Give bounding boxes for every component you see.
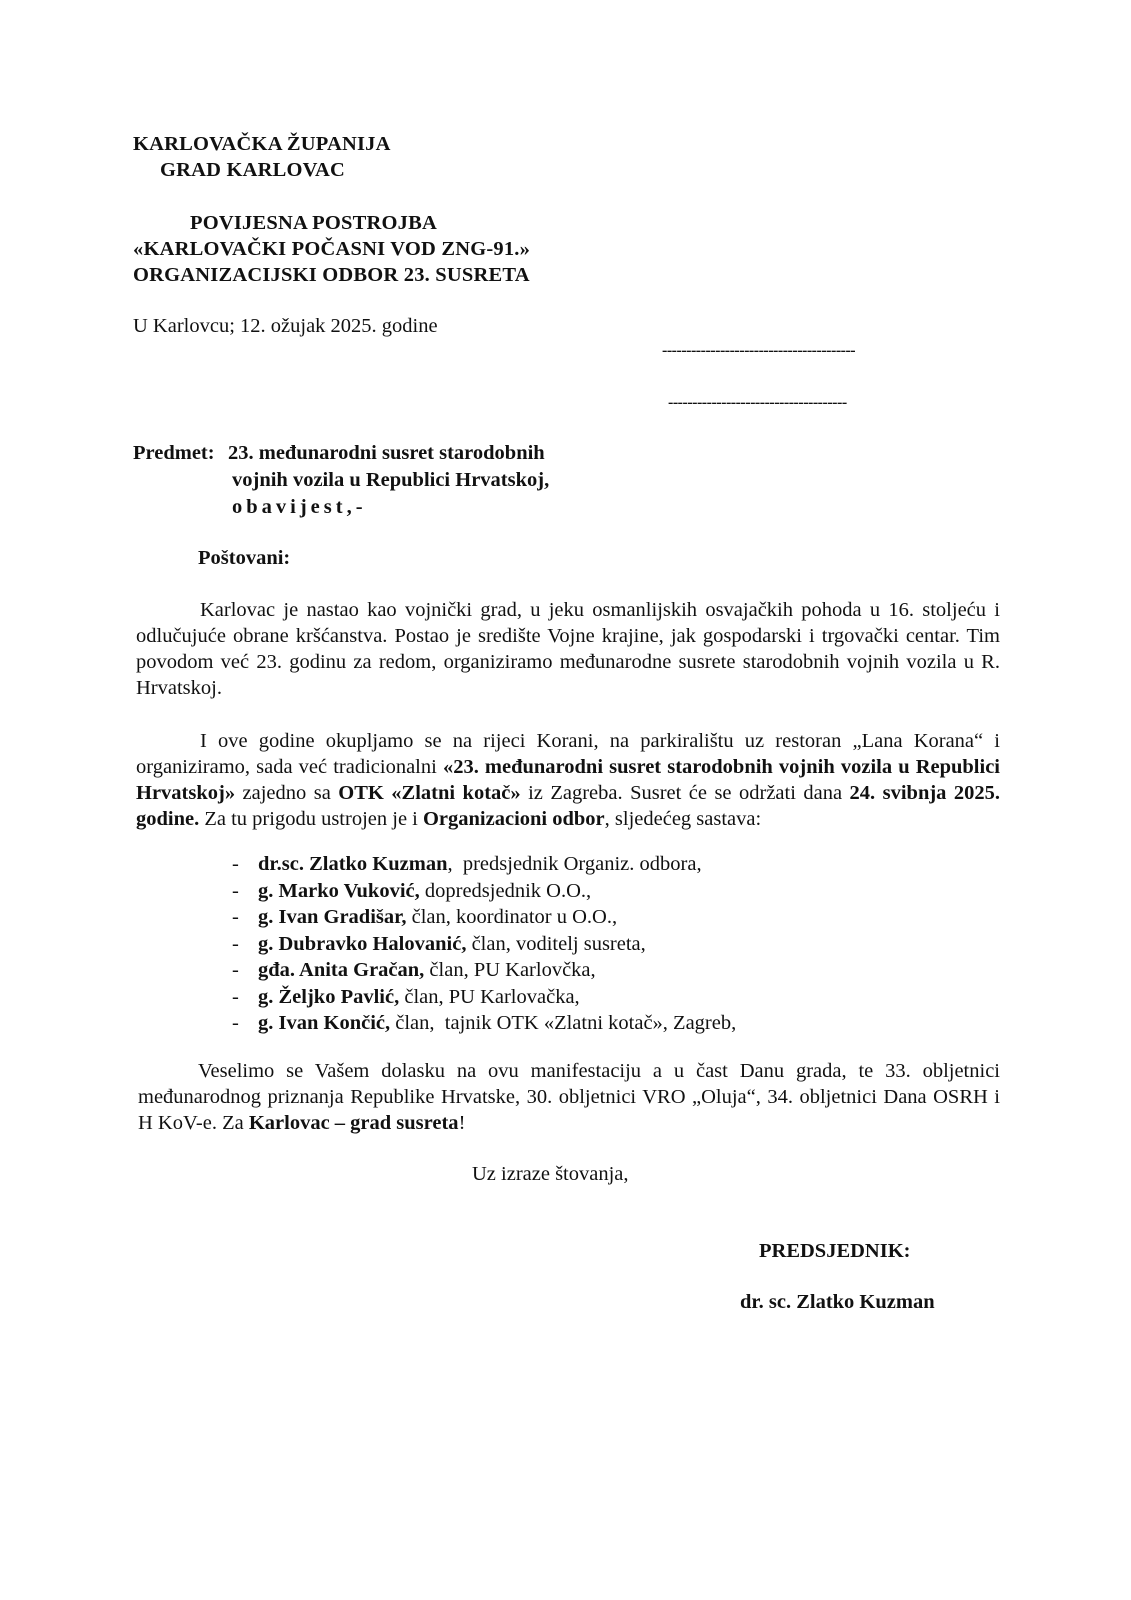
p2-text-2: zajedno sa	[235, 782, 338, 804]
city-heading: GRAD KARLOVAC	[160, 159, 345, 182]
committee-member: -g. Dubravko Halovanić, član, voditelj s…	[232, 931, 736, 958]
member-role: dopredsjednik O.O.,	[420, 878, 591, 905]
subject-line1: 23. međunarodni susret starodobnih	[228, 442, 545, 465]
p2-text-5: , sljedećeg sastava:	[605, 808, 762, 830]
p2-text-4: Za tu prigodu ustrojen je i	[199, 808, 423, 830]
member-role: član, PU Karlovačka,	[399, 984, 579, 1011]
committee-member: -g. Marko Vuković, dopredsjednik O.O.,	[232, 878, 736, 905]
paragraph-invitation: Veselimo se Vašem dolasku na ovu manifes…	[138, 1058, 1000, 1136]
recipient-line-2: -------------------------------------	[668, 394, 847, 412]
member-role: član, tajnik OTK «Zlatni kotač», Zagreb,	[390, 1010, 736, 1037]
paragraph-event: I ove godine okupljamo se na rijeci Kora…	[136, 728, 1000, 832]
unit-heading-line1: POVIJESNA POSTROJBA	[190, 212, 437, 235]
committee-label: Organizacioni odbor	[423, 808, 605, 830]
member-name: g. Ivan Gradišar,	[258, 904, 406, 931]
recipient-line-1: ----------------------------------------	[662, 342, 855, 360]
list-bullet: -	[232, 1010, 258, 1037]
slogan: Karlovac – grad susreta	[249, 1112, 459, 1134]
member-name: g. Ivan Končić,	[258, 1010, 390, 1037]
subject-line3: obavijest,-	[232, 496, 367, 519]
list-bullet: -	[232, 984, 258, 1011]
member-name: dr.sc. Zlatko Kuzman	[258, 851, 447, 878]
member-role: član, koordinator u O.O.,	[406, 904, 617, 931]
committee-member: -g. Ivan Končić, član, tajnik OTK «Zlatn…	[232, 1010, 736, 1037]
list-bullet: -	[232, 931, 258, 958]
salutation: Poštovani:	[198, 547, 290, 570]
p2-text-3: iz Zagreba. Susret će se održati dana	[521, 782, 850, 804]
list-bullet: -	[232, 851, 258, 878]
paragraph-history: Karlovac je nastao kao vojnički grad, u …	[136, 597, 1000, 701]
committee-member: -gđa. Anita Gračan, član, PU Karlovčka,	[232, 957, 736, 984]
subject-line2: vojnih vozila u Republici Hrvatskoj,	[232, 469, 549, 492]
member-role: član, PU Karlovčka,	[424, 957, 595, 984]
county-heading: KARLOVAČKA ŽUPANIJA	[133, 133, 391, 156]
committee-member: -g. Ivan Gradišar, član, koordinator u O…	[232, 904, 736, 931]
member-name: gđa. Anita Gračan,	[258, 957, 424, 984]
place-date: U Karlovcu; 12. ožujak 2025. godine	[133, 315, 438, 338]
unit-heading-line3: ORGANIZACIJSKI ODBOR 23. SUSRETA	[133, 264, 530, 287]
closing-phrase: Uz izraze štovanja,	[472, 1163, 629, 1186]
p3-text-2: !	[459, 1112, 466, 1134]
paragraph-history-text: Karlovac je nastao kao vojnički grad, u …	[136, 599, 1000, 699]
member-name: g. Dubravko Halovanić,	[258, 931, 466, 958]
member-name: g. Željko Pavlić,	[258, 984, 399, 1011]
list-bullet: -	[232, 957, 258, 984]
partner-club: OTK «Zlatni kotač»	[338, 782, 520, 804]
signature-name: dr. sc. Zlatko Kuzman	[740, 1291, 935, 1314]
committee-member: -dr.sc. Zlatko Kuzman, predsjednik Organ…	[232, 851, 736, 878]
member-role: član, voditelj susreta,	[466, 931, 645, 958]
member-name: g. Marko Vuković,	[258, 878, 420, 905]
subject-label: Predmet:	[133, 442, 215, 465]
member-role: , predsjednik Organiz. odbora,	[447, 851, 701, 878]
committee-list: -dr.sc. Zlatko Kuzman, predsjednik Organ…	[232, 851, 736, 1037]
signature-title: PREDSJEDNIK:	[759, 1240, 911, 1263]
unit-heading-line2: «KARLOVAČKI POČASNI VOD ZNG-91.»	[133, 238, 530, 261]
list-bullet: -	[232, 904, 258, 931]
list-bullet: -	[232, 878, 258, 905]
committee-member: -g. Željko Pavlić, član, PU Karlovačka,	[232, 984, 736, 1011]
